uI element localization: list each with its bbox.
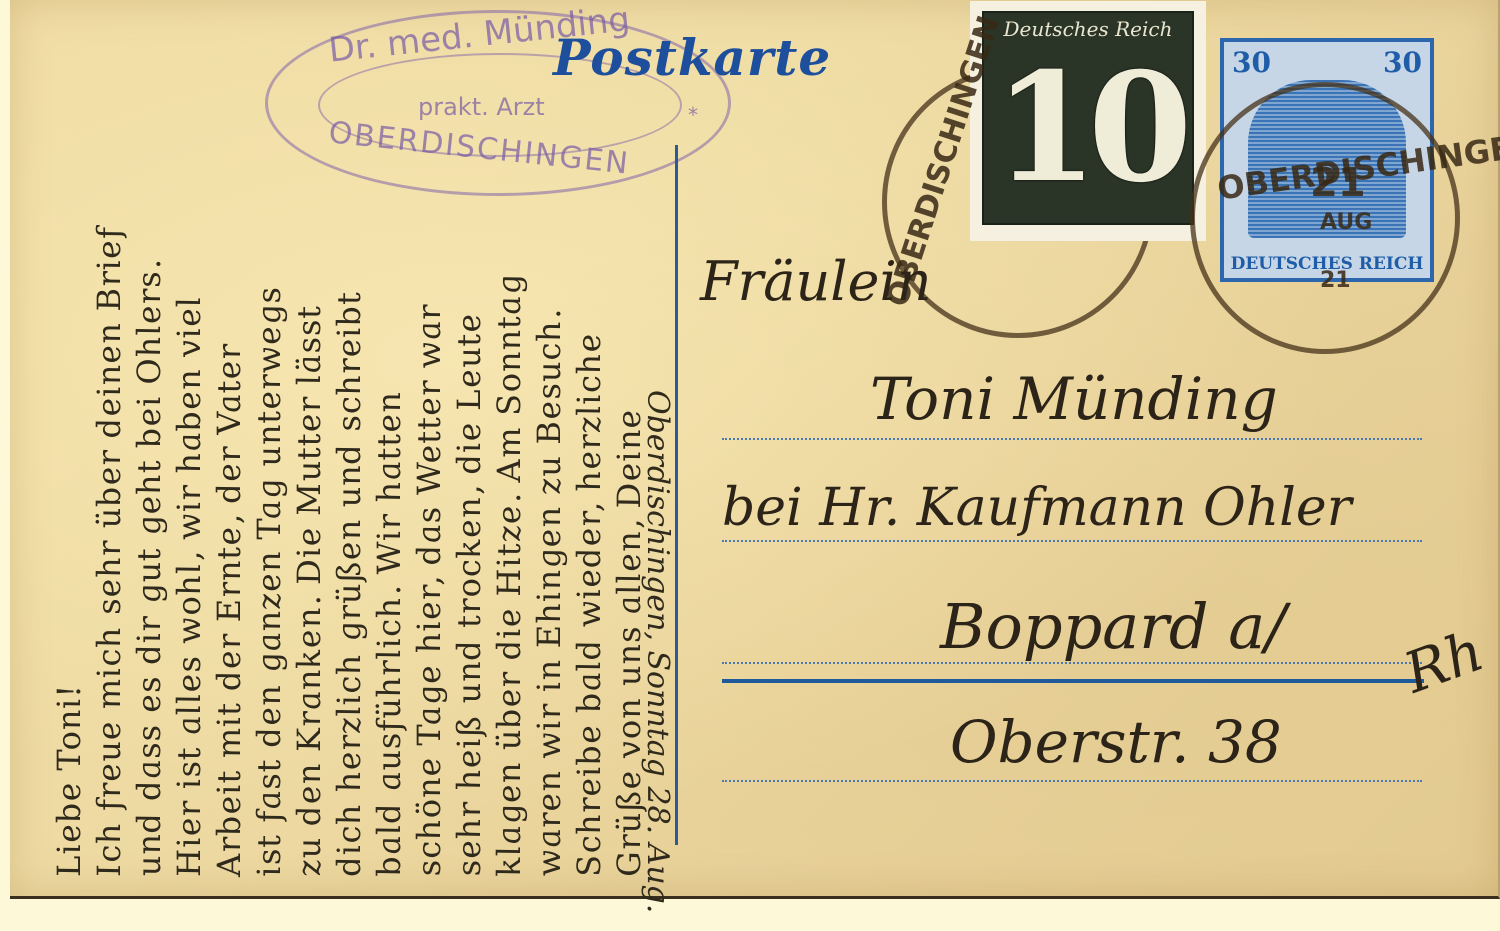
address-care-of: bei Hr. Kaufmann Ohler (722, 478, 1352, 538)
message-line: klagen über die Hitze. Am Sonntag (490, 270, 528, 880)
message-line: zu den Kranken. Die Mutter lässt (290, 302, 328, 880)
card-title: Postkarte (553, 28, 831, 87)
message-dateline: Oberdischingen, Sonntag 28. Aug. (640, 390, 675, 913)
address-solid-rule (722, 679, 1424, 683)
stamp-face: Deutsches Reich 10 (982, 11, 1194, 225)
address-line-rule (722, 438, 1422, 440)
message-line: Arbeit mit der Ernte, der Vater (210, 340, 248, 880)
message-line: Hier ist alles wohl, wir haben viel (170, 293, 208, 880)
message-line: Liebe Toni! (50, 680, 88, 880)
address-city-suffix: Rh (1396, 619, 1492, 707)
address-line-rule (722, 780, 1422, 782)
stamp-value-right: 30 (1383, 46, 1422, 79)
address-street: Oberstr. 38 (950, 708, 1282, 776)
message-line: schöne Tage hier, das Wetter war (410, 301, 448, 880)
address-line-rule (722, 540, 1422, 542)
message-line: ist fast den ganzen Tag unterwegs (250, 283, 288, 880)
message-line: Schreibe bald wieder, herzliche (570, 330, 608, 880)
stamp-header: Deutsches Reich (984, 17, 1192, 41)
postmark-month: AUG (1320, 210, 1372, 235)
message-line: Ich freue mich sehr über deinen Brief (90, 223, 128, 880)
message-line: und dass es dir gut geht bei Ohlers. (130, 256, 168, 880)
doctor-stamp-title: prakt. Arzt (418, 93, 545, 121)
address-recipient: Toni Münding (870, 365, 1278, 433)
postmark-year: 21 (1320, 268, 1351, 293)
stamp-10-pfennig: Deutsches Reich 10 (972, 3, 1204, 239)
message-line: dich herzlich grüßen und schreibt (330, 288, 368, 880)
message-line: sehr heiß und trocken, die Leute (450, 310, 488, 880)
message-line: waren wir in Ehingen zu Besuch. (530, 306, 568, 880)
postmark-day: 21 (1310, 160, 1366, 206)
postcard: Liebe Toni! Ich freue mich sehr über dei… (10, 0, 1500, 899)
doctor-stamp-star: * (688, 103, 698, 127)
message-line: bald ausführlich. Wir hatten (370, 388, 408, 880)
stamp-value: 10 (984, 43, 1192, 213)
vertical-divider (675, 145, 678, 845)
stamp-value-left: 30 (1232, 46, 1271, 79)
address-city: Boppard a/ (940, 590, 1286, 663)
address-salutation: Fräulein (700, 250, 932, 313)
